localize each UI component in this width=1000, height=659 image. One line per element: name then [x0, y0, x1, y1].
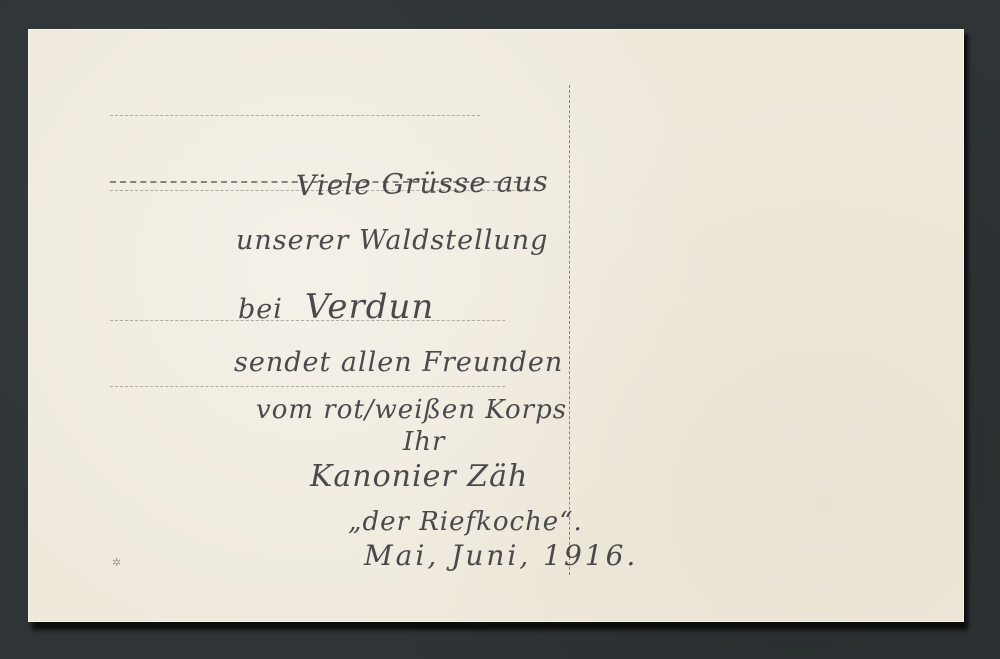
message-line: beiVerdun	[238, 287, 434, 327]
signature: Kanonier Zäh	[310, 459, 528, 494]
nickname: „der Riefkoche“.	[348, 507, 583, 537]
message-word: bei	[238, 294, 283, 325]
divider-line	[569, 85, 570, 575]
message-line: Ihr	[403, 427, 445, 457]
address-line	[110, 115, 480, 116]
message-line: unserer Waldstellung	[236, 225, 548, 256]
message-line: vom rot/weißen Korps	[256, 395, 567, 425]
address-line	[110, 386, 505, 387]
date: Mai, Juni, 1916.	[364, 539, 638, 572]
postcard: ✲ Viele Grüsse aus unserer Waldstellung …	[28, 29, 964, 622]
message-line: sendet allen Freunden	[234, 347, 563, 378]
message-line: Viele Grüsse aus	[296, 165, 549, 202]
place-name: Verdun	[305, 287, 434, 327]
star-mark-icon: ✲	[112, 556, 121, 569]
